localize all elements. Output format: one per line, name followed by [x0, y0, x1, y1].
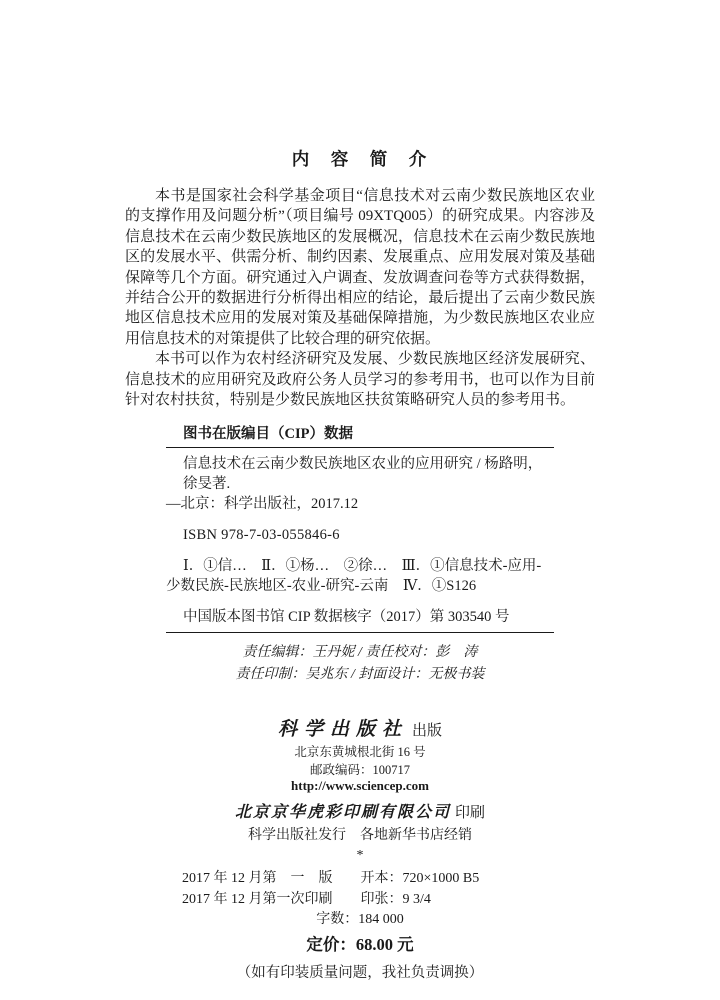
cip-class-line-2: 少数民族-民族地区-农业-研究-云南 Ⅳ．①S126	[166, 576, 554, 596]
edition-format-line: 2017 年 12 月第 一 版 开本：720×1000 B5	[182, 869, 595, 890]
cip-data-block: 图书在版编目（CIP）数据 信息技术在云南少数民族地区农业的应用研究 / 杨路明…	[166, 425, 554, 633]
cip-bottom-rule	[166, 632, 554, 633]
publisher-name: 科学出版社	[278, 719, 408, 740]
page-content: 内 容 简 介 本书是国家社会科学基金项目“信息技术对云南少数民族地区农业的支撑…	[125, 0, 595, 982]
star-separator: *	[125, 848, 595, 864]
printer-line: 北京京华虎彩印刷有限公司 印刷	[125, 803, 595, 823]
price: 定价：68.00 元	[125, 934, 595, 956]
publisher-role-label: 出版	[412, 723, 442, 739]
printer-role-label: 印刷	[455, 805, 485, 821]
cip-publication-line: —北京：科学出版社，2017.12	[166, 494, 554, 514]
abstract-paragraph-2: 本书可以作为农村经济研究及发展、少数民族地区经济发展研究、信息技术的应用研究及政…	[125, 349, 595, 410]
quality-note: （如有印装质量问题，我社负责调换）	[125, 964, 595, 982]
cip-record-number: 中国版本图书馆 CIP 数据核字（2017）第 303540 号	[166, 607, 554, 627]
edition-details: 2017 年 12 月第 一 版 开本：720×1000 B5 2017 年 1…	[182, 869, 595, 910]
credit-editors: 责任编辑：王丹妮 / 责任校对：彭 涛	[125, 642, 595, 664]
staff-credits: 责任编辑：王丹妮 / 责任校对：彭 涛 责任印制：吴兆东 / 封面设计：无极书装	[125, 642, 595, 685]
copyright-page: 内 容 简 介 本书是国家社会科学基金项目“信息技术对云南少数民族地区农业的支撑…	[0, 0, 720, 1000]
publisher-line: 科学出版社 出版	[125, 719, 595, 742]
colophon: 科学出版社 出版 北京东黄城根北街 16 号 邮政编码：100717 http:…	[125, 719, 595, 982]
credit-production: 责任印制：吴兆东 / 封面设计：无极书装	[125, 664, 595, 686]
cip-class-line-1: Ⅰ．①信… Ⅱ．①杨… ②徐… Ⅲ．①信息技术-应用-	[166, 556, 554, 576]
cip-title-statement: 信息技术在云南少数民族地区农业的应用研究 / 杨路明，徐旻著. —北京：科学出版…	[166, 454, 554, 514]
cip-header: 图书在版编目（CIP）数据	[166, 425, 554, 444]
cip-classification: Ⅰ．①信… Ⅱ．①杨… ②徐… Ⅲ．①信息技术-应用- 少数民族-民族地区-农业…	[166, 556, 554, 596]
publisher-address: 北京东黄城根北街 16 号	[125, 745, 595, 760]
section-title: 内 容 简 介	[125, 146, 595, 171]
abstract-paragraph-1: 本书是国家社会科学基金项目“信息技术对云南少数民族地区农业的支撑作用及问题分析”…	[125, 186, 595, 349]
word-count: 字数：184 000	[125, 911, 595, 929]
printing-sheets-line: 2017 年 12 月第一次印刷 印张：9 3/4	[182, 890, 595, 911]
cip-top-rule	[166, 447, 554, 448]
abstract-section: 本书是国家社会科学基金项目“信息技术对云南少数民族地区农业的支撑作用及问题分析”…	[125, 186, 595, 410]
distribution-statement: 科学出版社发行 各地新华书店经销	[125, 827, 595, 845]
isbn-number: ISBN 978-7-03-055846-6	[166, 525, 554, 545]
publisher-website: http://www.sciencep.com	[125, 779, 595, 793]
cip-title-line: 信息技术在云南少数民族地区农业的应用研究 / 杨路明，徐旻著.	[166, 454, 554, 494]
printer-name: 北京京华虎彩印刷有限公司	[235, 804, 451, 821]
publisher-postcode: 邮政编码：100717	[125, 763, 595, 778]
